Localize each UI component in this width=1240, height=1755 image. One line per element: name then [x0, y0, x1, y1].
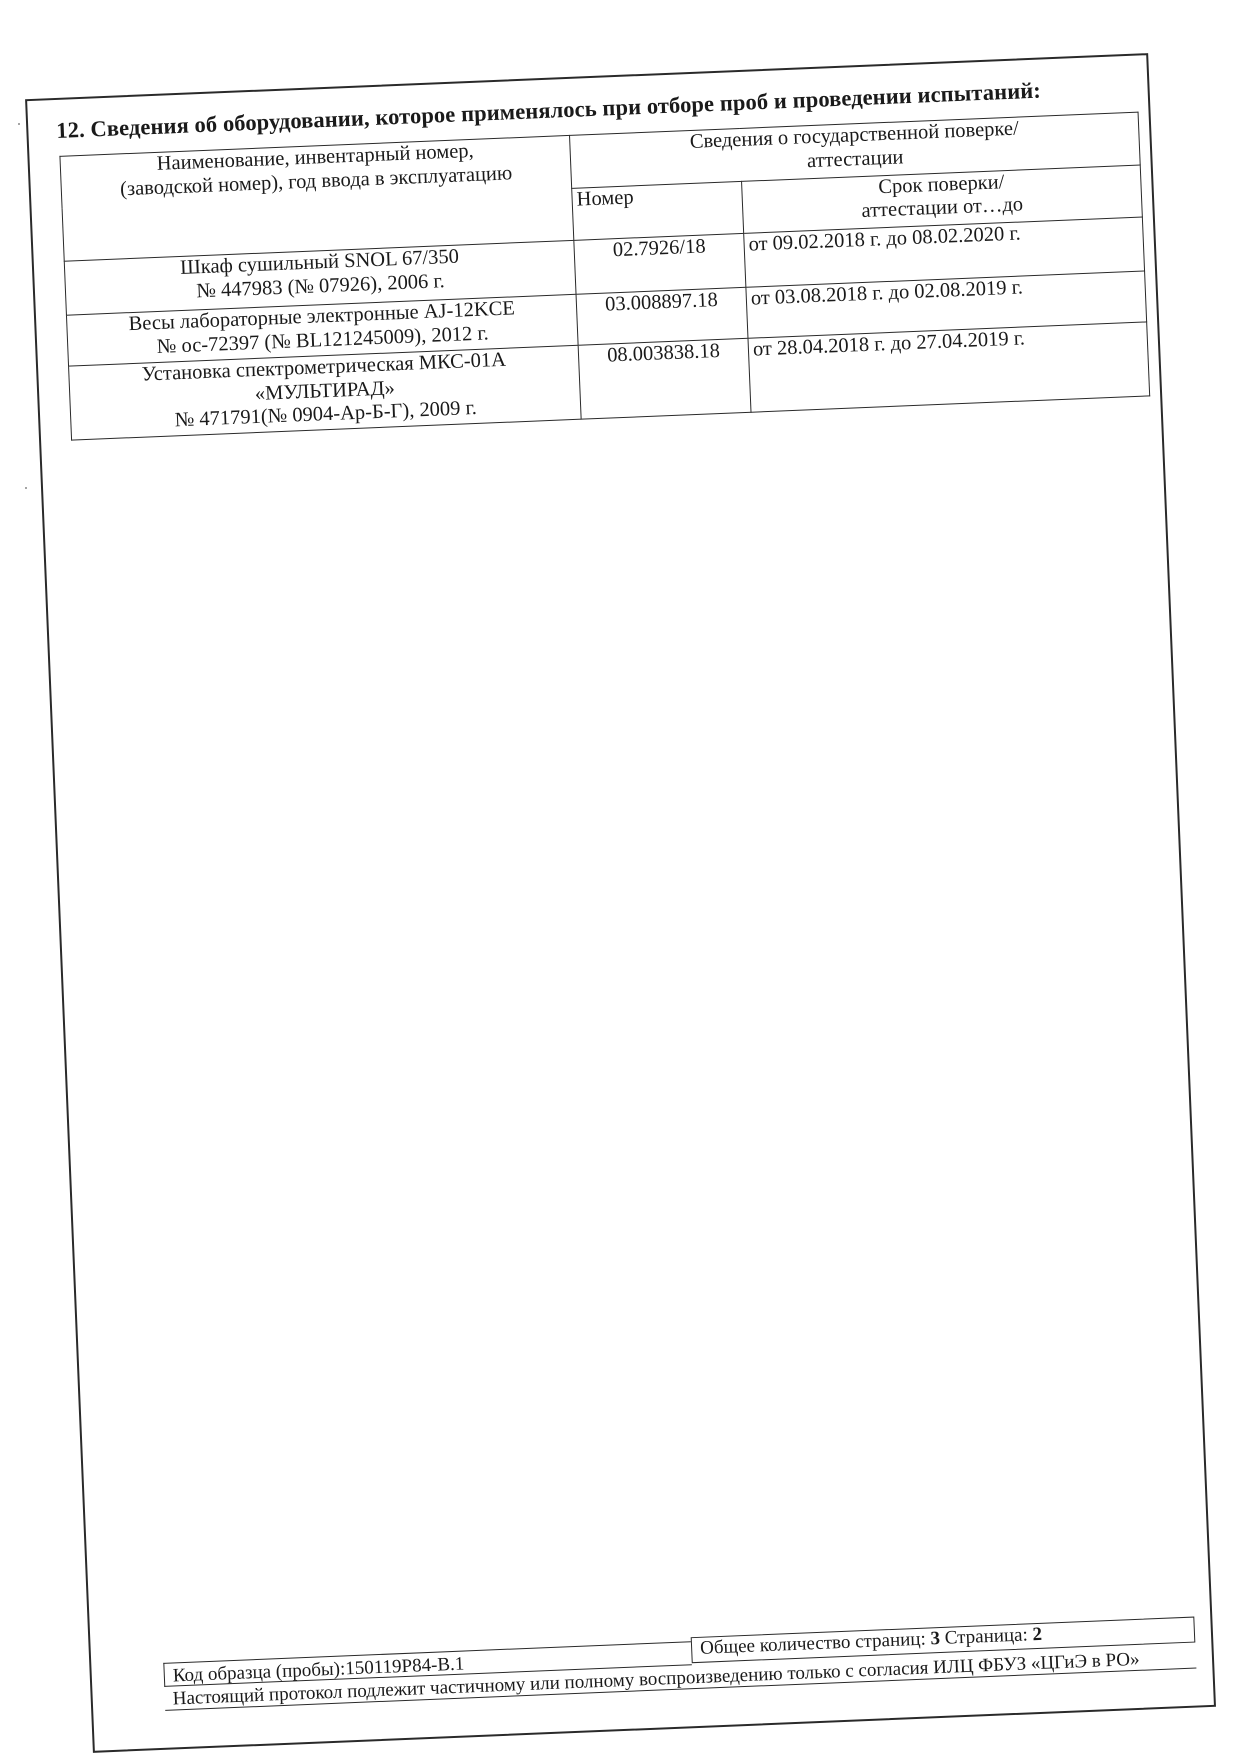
page-footer: Код образца (пробы):150119Р84-В.1 Общее …: [163, 1617, 1196, 1711]
equipment-table: Наименование, инвентарный номер, (заводс…: [59, 112, 1150, 441]
header-name: Наименование, инвентарный номер, (заводс…: [60, 135, 574, 261]
verification-number: 03.008897.18: [576, 287, 748, 345]
total-pages: 3: [930, 1628, 940, 1649]
verification-number: 08.003838.18: [578, 338, 751, 419]
document-page: 12. Сведения об оборудовании, которое пр…: [25, 53, 1216, 1753]
scan-speck: [18, 123, 20, 125]
scan-speck: [25, 487, 27, 489]
page-number: 2: [1032, 1624, 1042, 1645]
verification-number: 02.7926/18: [574, 233, 746, 294]
header-number: Номер: [572, 181, 744, 240]
verification-term: от 28.04.2018 г. до 27.04.2019 г.: [748, 322, 1150, 412]
